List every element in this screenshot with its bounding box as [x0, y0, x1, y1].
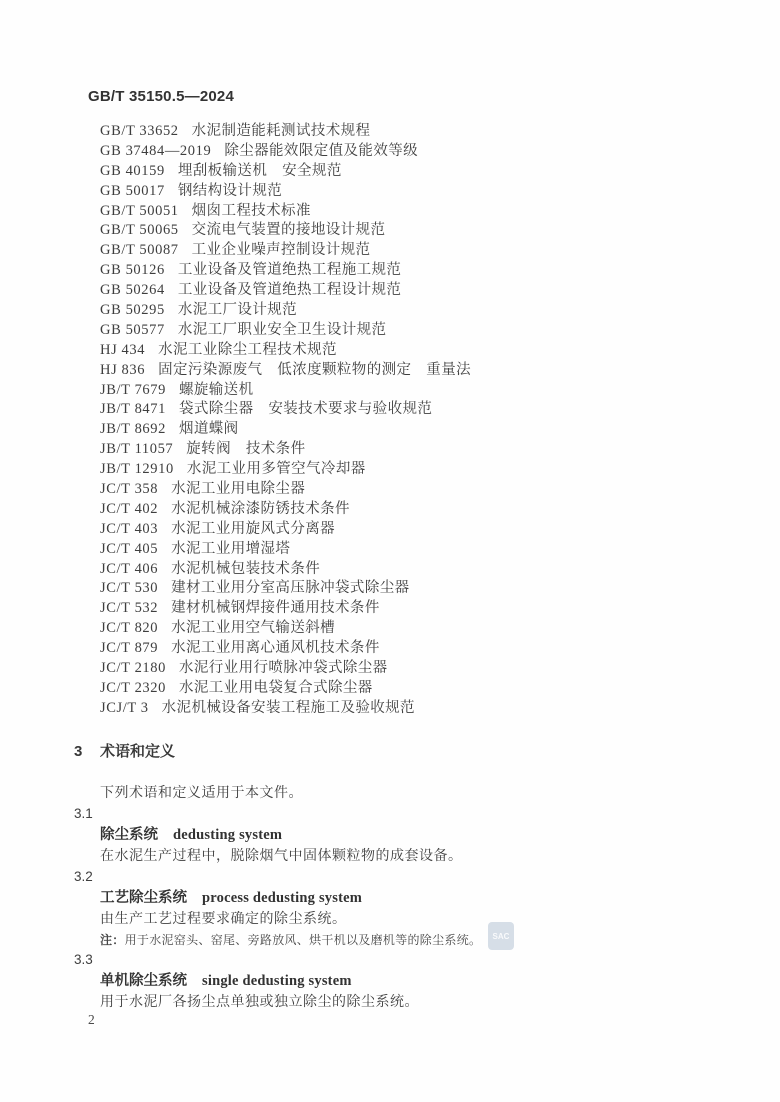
term-name-line: 工艺除尘系统process dedusting system	[100, 887, 714, 909]
reference-item: JC/T 402水泥机械涂漆防锈技术条件	[100, 500, 700, 520]
reference-title: 水泥工业用多管空气冷却器	[187, 461, 366, 477]
reference-item: HJ 434水泥工业除尘工程技术规范	[100, 341, 700, 361]
reference-code: GB 50295	[100, 301, 165, 321]
term-note: 注：用于水泥窑头、窑尾、旁路放风、烘干机以及磨机等的除尘系统。	[100, 930, 714, 950]
section-title: 术语和定义	[100, 744, 175, 760]
term-name-chinese: 工艺除尘系统	[100, 890, 187, 906]
reference-code: JC/T 530	[100, 579, 158, 599]
term-name-chinese: 单机除尘系统	[100, 973, 187, 989]
reference-title: 烟道蝶阀	[179, 421, 239, 437]
term-definition: 在水泥生产过程中，脱除烟气中固体颗粒物的成套设备。	[100, 846, 714, 867]
reference-item: GB 50017钢结构设计规范	[100, 182, 700, 202]
reference-title: 水泥机械设备安装工程施工及验收规范	[162, 700, 415, 716]
reference-title: 交流电气装置的接地设计规范	[192, 222, 386, 238]
reference-code: JB/T 7679	[100, 381, 166, 401]
reference-code: GB/T 50065	[100, 221, 179, 241]
reference-item: GB 50577水泥工厂职业安全卫生设计规范	[100, 321, 700, 341]
term-name-line: 除尘系统dedusting system	[100, 824, 714, 846]
section-number: 3	[74, 742, 100, 762]
reference-code: GB/T 50051	[100, 202, 179, 222]
term-definition: 用于水泥厂各扬尘点单独或独立除尘的除尘系统。	[100, 992, 714, 1013]
reference-code: JB/T 12910	[100, 460, 174, 480]
reference-item: JB/T 8692烟道蝶阀	[100, 420, 700, 440]
term-number: 3.1	[74, 804, 714, 824]
reference-item: GB/T 50087工业企业噪声控制设计规范	[100, 241, 700, 261]
reference-title: 工业设备及管道绝热工程设计规范	[178, 282, 402, 298]
reference-title: 除尘器能效限定值及能效等级	[224, 143, 418, 159]
terms-intro-paragraph: 下列术语和定义适用于本文件。	[100, 784, 714, 804]
reference-item: HJ 836固定污染源废气 低浓度颗粒物的测定 重量法	[100, 361, 700, 381]
reference-code: JC/T 879	[100, 639, 158, 659]
reference-title: 水泥工业用旋风式分离器	[171, 521, 335, 537]
reference-code: JC/T 403	[100, 520, 158, 540]
reference-title: 工业企业噪声控制设计规范	[192, 242, 371, 258]
reference-item: JC/T 358水泥工业用电除尘器	[100, 480, 700, 500]
terms-and-definitions-section: 3术语和定义 下列术语和定义适用于本文件。 3.1 除尘系统dedusting …	[74, 742, 714, 1013]
reference-code: JC/T 358	[100, 480, 158, 500]
reference-item: GB/T 50065交流电气装置的接地设计规范	[100, 221, 700, 241]
reference-code: JB/T 8471	[100, 400, 166, 420]
reference-title: 烟囱工程技术标准	[192, 203, 311, 219]
reference-code: GB 37484—2019	[100, 142, 211, 162]
sac-watermark-badge: SAC	[488, 922, 514, 950]
term-definition: 由生产工艺过程要求确定的除尘系统。	[100, 909, 714, 930]
section-heading: 3术语和定义	[74, 742, 714, 762]
reference-item: GB 40159埋刮板输送机 安全规范	[100, 162, 700, 182]
reference-item: JC/T 530建材工业用分室高压脉冲袋式除尘器	[100, 579, 700, 599]
running-head-standard-number: GB/T 35150.5—2024	[88, 88, 234, 105]
reference-code: JC/T 405	[100, 540, 158, 560]
reference-item: JCJ/T 3水泥机械设备安装工程施工及验收规范	[100, 699, 700, 719]
reference-code: JB/T 11057	[100, 440, 173, 460]
term-note-text: 用于水泥窑头、窑尾、旁路放风、烘干机以及磨机等的除尘系统。	[125, 933, 482, 947]
reference-title: 水泥工业用增湿塔	[171, 541, 290, 557]
reference-item: GB 50126工业设备及管道绝热工程施工规范	[100, 261, 700, 281]
reference-title: 水泥工业用空气输送斜槽	[171, 620, 335, 636]
reference-title: 水泥机械包装技术条件	[171, 561, 320, 577]
reference-title: 水泥工业除尘工程技术规范	[158, 342, 337, 358]
reference-title: 固定污染源废气 低浓度颗粒物的测定 重量法	[158, 362, 471, 378]
page-number: 2	[88, 1012, 95, 1028]
reference-title: 螺旋输送机	[179, 382, 254, 398]
reference-title: 水泥工业用电袋复合式除尘器	[179, 680, 373, 696]
term-name-english: process dedusting system	[202, 890, 362, 906]
reference-title: 水泥制造能耗测试技术规程	[192, 123, 371, 139]
reference-item: JC/T 879水泥工业用离心通风机技术条件	[100, 639, 700, 659]
reference-title: 工业设备及管道绝热工程施工规范	[178, 262, 402, 278]
term-entry: 3.3 单机除尘系统single dedusting system 用于水泥厂各…	[74, 950, 714, 1013]
reference-title: 水泥工厂设计规范	[178, 302, 297, 318]
term-entry: 3.1 除尘系统dedusting system 在水泥生产过程中，脱除烟气中固…	[74, 804, 714, 867]
term-entries: 3.1 除尘系统dedusting system 在水泥生产过程中，脱除烟气中固…	[74, 804, 714, 1013]
reference-item: GB 37484—2019除尘器能效限定值及能效等级	[100, 142, 700, 162]
term-name-chinese: 除尘系统	[100, 827, 158, 843]
reference-item: JC/T 405水泥工业用增湿塔	[100, 540, 700, 560]
reference-item: JB/T 12910水泥工业用多管空气冷却器	[100, 460, 700, 480]
reference-title: 水泥机械涂漆防锈技术条件	[171, 501, 350, 517]
reference-item: JB/T 7679螺旋输送机	[100, 381, 700, 401]
reference-item: JB/T 11057旋转阀 技术条件	[100, 440, 700, 460]
term-entry: 3.2 工艺除尘系统process dedusting system 由生产工艺…	[74, 867, 714, 950]
reference-title: 水泥工业用电除尘器	[171, 481, 305, 497]
reference-code: JC/T 532	[100, 599, 158, 619]
document-page: GB/T 35150.5—2024 GB/T 33652水泥制造能耗测试技术规程…	[0, 0, 780, 1102]
term-number: 3.2	[74, 867, 714, 887]
normative-references-list: GB/T 33652水泥制造能耗测试技术规程 GB 37484—2019除尘器能…	[100, 122, 700, 719]
reference-code: JC/T 2180	[100, 659, 166, 679]
reference-code: JC/T 402	[100, 500, 158, 520]
reference-title: 水泥行业用行喷脉冲袋式除尘器	[179, 660, 388, 676]
reference-code: JCJ/T 3	[100, 699, 149, 719]
reference-item: JC/T 2180水泥行业用行喷脉冲袋式除尘器	[100, 659, 700, 679]
reference-code: JC/T 406	[100, 560, 158, 580]
reference-item: GB 50264工业设备及管道绝热工程设计规范	[100, 281, 700, 301]
term-name-line: 单机除尘系统single dedusting system	[100, 970, 714, 992]
reference-code: GB/T 33652	[100, 122, 179, 142]
reference-code: JC/T 820	[100, 619, 158, 639]
reference-title: 埋刮板输送机 安全规范	[178, 163, 342, 179]
reference-title: 袋式除尘器 安装技术要求与验收规范	[179, 401, 432, 417]
reference-item: JC/T 403水泥工业用旋风式分离器	[100, 520, 700, 540]
reference-item: GB/T 50051烟囱工程技术标准	[100, 202, 700, 222]
reference-code: GB 50126	[100, 261, 165, 281]
reference-title: 旋转阀 技术条件	[186, 441, 305, 457]
reference-item: JC/T 820水泥工业用空气输送斜槽	[100, 619, 700, 639]
reference-title: 钢结构设计规范	[178, 183, 282, 199]
reference-code: GB 50264	[100, 281, 165, 301]
reference-code: GB 50017	[100, 182, 165, 202]
reference-title: 水泥工厂职业安全卫生设计规范	[178, 322, 387, 338]
reference-code: HJ 434	[100, 341, 145, 361]
term-name-english: dedusting system	[173, 827, 282, 843]
reference-item: JB/T 8471袋式除尘器 安装技术要求与验收规范	[100, 400, 700, 420]
reference-item: GB/T 33652水泥制造能耗测试技术规程	[100, 122, 700, 142]
reference-code: GB/T 50087	[100, 241, 179, 261]
term-note-label: 注：	[100, 933, 125, 947]
reference-code: GB 50577	[100, 321, 165, 341]
reference-title: 建材工业用分室高压脉冲袋式除尘器	[171, 580, 409, 596]
reference-item: JC/T 2320水泥工业用电袋复合式除尘器	[100, 679, 700, 699]
reference-title: 建材机械钢焊接件通用技术条件	[171, 600, 380, 616]
term-number: 3.3	[74, 950, 714, 970]
reference-item: JC/T 406水泥机械包装技术条件	[100, 560, 700, 580]
reference-title: 水泥工业用离心通风机技术条件	[171, 640, 380, 656]
term-name-english: single dedusting system	[202, 973, 352, 989]
reference-code: GB 40159	[100, 162, 165, 182]
reference-code: JB/T 8692	[100, 420, 166, 440]
reference-item: JC/T 532建材机械钢焊接件通用技术条件	[100, 599, 700, 619]
reference-code: JC/T 2320	[100, 679, 166, 699]
reference-item: GB 50295水泥工厂设计规范	[100, 301, 700, 321]
reference-code: HJ 836	[100, 361, 145, 381]
